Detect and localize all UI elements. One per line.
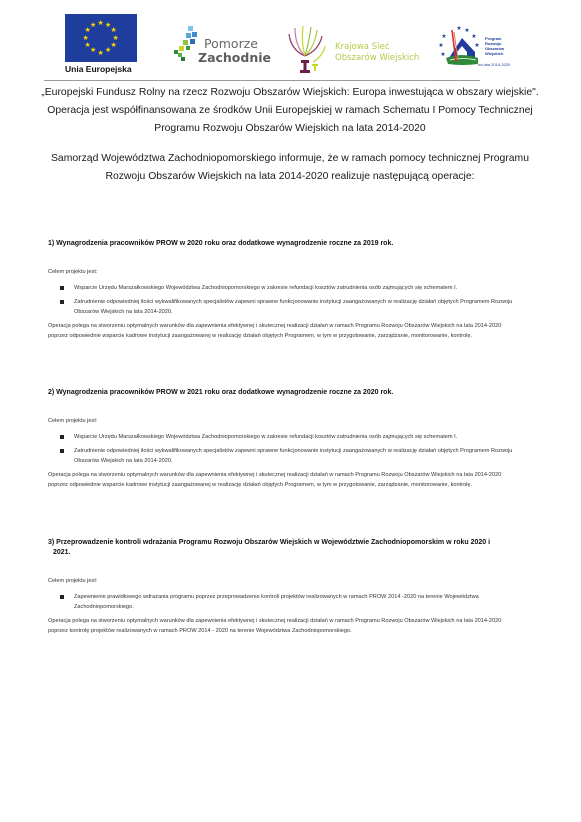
pomorze-mark-icon — [170, 24, 200, 64]
goal-label: Celem projektu jest: — [48, 416, 518, 426]
eu-star-icon: ★ — [110, 42, 116, 49]
goal-label: Celem projektu jest: — [48, 576, 518, 586]
info-line-1: Samorząd Województwa Zachodniopomorskieg… — [40, 150, 540, 168]
operation-description: Operacja polega na stworzeniu optymalnyc… — [48, 321, 518, 341]
eu-star-icon: ★ — [98, 20, 104, 27]
square-bullet-icon — [60, 435, 64, 439]
goal-list: Wsparcie Urzędu Marszałkowskiego Wojewód… — [48, 432, 518, 466]
eu-logo-label: Unia Europejska — [65, 64, 137, 74]
eu-star-icon: ★ — [83, 35, 89, 42]
pomorze-text: Pomorze — [204, 36, 258, 51]
square-bullet-icon — [60, 595, 64, 599]
list-item-text: Zatrudnienie odpowiedniej ilości wykwali… — [74, 299, 512, 315]
svg-text:★: ★ — [456, 25, 461, 32]
header-divider — [44, 80, 480, 81]
list-item-text: Wsparcie Urzędu Marszałkowskiego Wojewód… — [74, 434, 457, 440]
goal-list: Zapewnienie prawidłowego wdrażania progr… — [48, 592, 518, 612]
svg-text:★: ★ — [464, 27, 469, 34]
prow-sub-text: na lata 2014-2020 — [478, 62, 510, 67]
prow-text: Program Rozwoju Obszarów Wiejskich — [485, 36, 504, 56]
zachodnie-text: Zachodnie — [198, 50, 271, 65]
list-item: Wsparcie Urzędu Marszałkowskiego Wojewód… — [48, 432, 518, 442]
funding-line-3: Programu Rozwoju Obszarów Wiejskich na l… — [40, 120, 540, 138]
prow-mark-icon: ★★★ ★★★★ — [436, 22, 482, 68]
eu-star-icon: ★ — [110, 27, 116, 34]
svg-text:★: ★ — [471, 33, 476, 40]
list-item: Zatrudnienie odpowiedniej ilości wykwali… — [48, 297, 518, 317]
svg-text:★: ★ — [474, 42, 479, 49]
ksow-mark-icon — [285, 24, 327, 74]
operation-description: Operacja polega na stworzeniu optymalnyc… — [48, 470, 518, 490]
list-item-text: Zatrudnienie odpowiedniej ilości wykwali… — [74, 448, 512, 464]
logo-bar: ★★★★★★★★★★★★ Unia Europejska Pomorze Zac… — [0, 0, 581, 80]
list-item-text: Zapewnienie prawidłowego wdrażania progr… — [74, 594, 479, 610]
funding-line-1: „Europejski Fundusz Rolny na rzecz Rozwo… — [40, 84, 540, 102]
list-item: Wsparcie Urzędu Marszałkowskiego Wojewód… — [48, 283, 518, 293]
funding-statement: „Europejski Fundusz Rolny na rzecz Rozwo… — [40, 84, 540, 138]
section-title: 3) Przeprowadzenie kontroli wdrażania Pr… — [48, 538, 518, 558]
eu-flag-icon: ★★★★★★★★★★★★ — [65, 14, 137, 62]
eu-star-icon: ★ — [98, 50, 104, 57]
square-bullet-icon — [60, 449, 64, 453]
section-3: 3) Przeprowadzenie kontroli wdrażania Pr… — [48, 538, 518, 636]
section-title-text: 3) Przeprowadzenie kontroli wdrażania Pr… — [48, 539, 490, 546]
info-line-2: Rozwoju Obszarów Wiejskich na lata 2014-… — [40, 168, 540, 186]
square-bullet-icon — [60, 286, 64, 290]
operation-description: Operacja polega na stworzeniu optymalnyc… — [48, 616, 518, 636]
ksow-text: Krajowa Sieć Obszarów Wiejskich — [335, 42, 419, 64]
ksow-logo: Krajowa Sieć Obszarów Wiejskich — [285, 24, 420, 76]
prow-logo: ★★★ ★★★★ Program Rozwoju Obszarów Wiejsk… — [436, 22, 526, 72]
pomorze-zachodnie-logo: Pomorze Zachodnie — [170, 24, 290, 66]
svg-text:★: ★ — [438, 42, 443, 49]
funding-line-2: Operacja jest współfinansowana ze środkó… — [40, 102, 540, 120]
ksow-line-1: Krajowa Sieć — [335, 42, 419, 53]
section-title-continuation: 2021. — [48, 548, 518, 558]
section-title: 1) Wynagrodzenia pracowników PROW w 2020… — [48, 239, 518, 249]
svg-text:★: ★ — [441, 33, 446, 40]
ksow-line-2: Obszarów Wiejskich — [335, 53, 419, 64]
section-2: 2) Wynagrodzenia pracowników PROW w 2021… — [48, 388, 518, 490]
eu-logo: ★★★★★★★★★★★★ Unia Europejska — [65, 14, 137, 76]
eu-star-icon: ★ — [113, 35, 119, 42]
list-item: Zapewnienie prawidłowego wdrażania progr… — [48, 592, 518, 612]
goal-list: Wsparcie Urzędu Marszałkowskiego Wojewód… — [48, 283, 518, 317]
eu-star-icon: ★ — [90, 22, 96, 29]
section-title: 2) Wynagrodzenia pracowników PROW w 2021… — [48, 388, 518, 398]
information-statement: Samorząd Województwa Zachodniopomorskieg… — [40, 150, 540, 186]
eu-star-icon: ★ — [85, 42, 91, 49]
list-item: Zatrudnienie odpowiedniej ilości wykwali… — [48, 446, 518, 466]
prow-line-4: Wiejskich — [485, 51, 504, 56]
goal-label: Celem projektu jest: — [48, 267, 518, 277]
svg-text:★: ★ — [440, 51, 445, 58]
list-item-text: Wsparcie Urzędu Marszałkowskiego Wojewód… — [74, 285, 457, 291]
section-1: 1) Wynagrodzenia pracowników PROW w 2020… — [48, 239, 518, 341]
eu-star-icon: ★ — [105, 47, 111, 54]
square-bullet-icon — [60, 300, 64, 304]
